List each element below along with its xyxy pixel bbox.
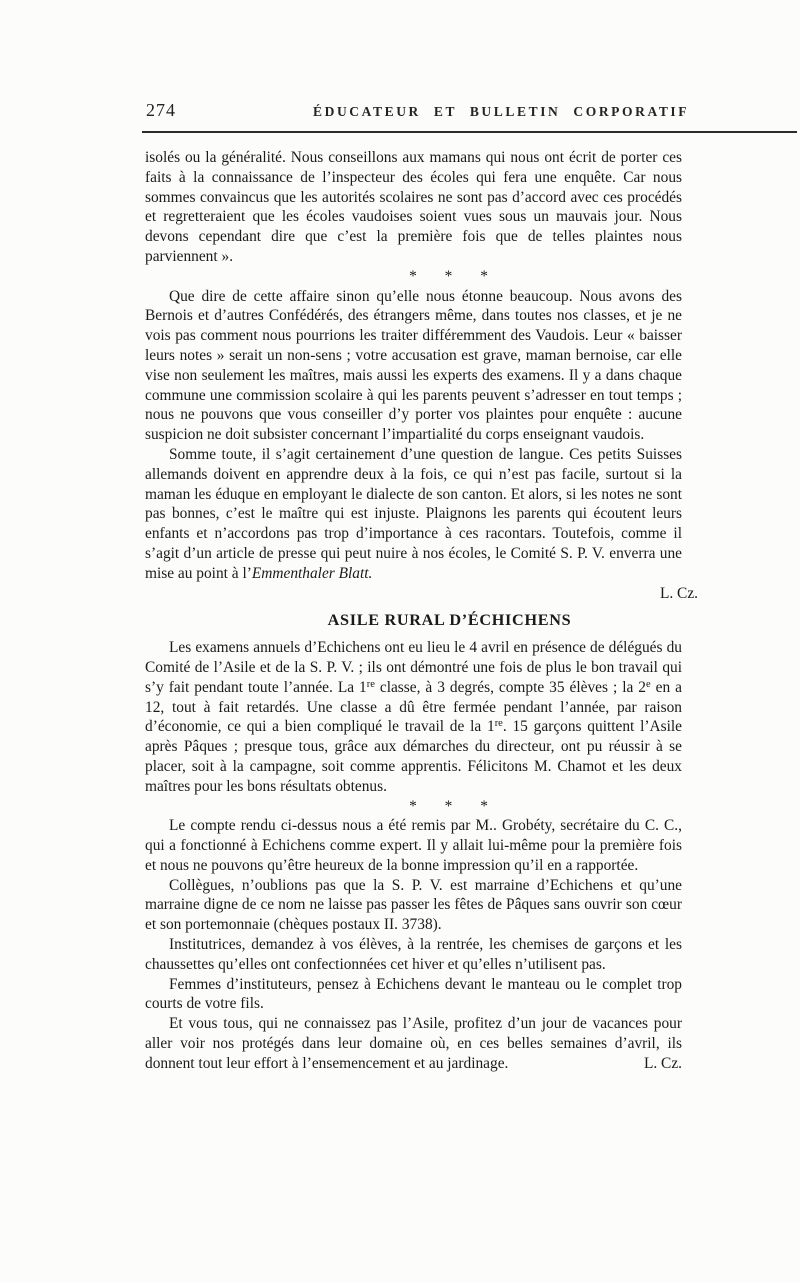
section-heading-asile: ASILE RURAL D’ÉCHICHENS <box>145 611 682 631</box>
header-rule <box>142 131 797 133</box>
section-separator-stars: * * * <box>145 797 682 817</box>
journal-name-italic: Emmenthaler Blatt. <box>252 565 373 582</box>
paragraph-femmes: Femmes d’instituteurs, pensez à Echichen… <box>145 975 682 1015</box>
paragraph-language-question: Somme toute, il s’agit certainement d’un… <box>145 445 682 584</box>
paragraph-compte-rendu: Le compte rendu ci-dessus nous a été rem… <box>145 816 682 875</box>
superscript-ordinal: re <box>367 679 375 690</box>
superscript-ordinal: re <box>495 718 503 729</box>
paragraph-collegues: Collègues, n’oublions pas que la S. P. V… <box>145 876 682 935</box>
page-body: isolés ou la généralité. Nous conseillon… <box>145 148 682 1074</box>
journal-title: ÉDUCATEUR ET BULLETIN CORPORATIF <box>313 104 689 120</box>
signature-line: L. Cz. <box>145 584 698 604</box>
paragraph-echichens-exams: Les examens annuels d’Echichens ont eu l… <box>145 638 682 796</box>
scanned-page: 274 ÉDUCATEUR ET BULLETIN CORPORATIF iso… <box>0 0 800 1282</box>
paragraph-institutrices: Institutrices, demandez à vos élèves, à … <box>145 935 682 975</box>
paragraph-text: Somme toute, il s’agit certainement d’un… <box>145 446 682 582</box>
paragraph-text: Et vous tous, qui ne connaissez pas l’As… <box>145 1015 682 1072</box>
paragraph-reply: Que dire de cette affaire sinon qu’elle … <box>145 287 682 445</box>
paragraph-continuation: isolés ou la généralité. Nous conseillon… <box>145 148 682 267</box>
paragraph-text: classe, à 3 degrés, compte 35 élèves ; l… <box>375 679 646 696</box>
page-header: 274 ÉDUCATEUR ET BULLETIN CORPORATIF <box>145 100 682 126</box>
signature-inline: L. Cz. <box>644 1054 682 1074</box>
paragraph-et-vous-tous: Et vous tous, qui ne connaissez pas l’As… <box>145 1014 682 1073</box>
page-number: 274 <box>146 100 176 121</box>
section-separator-stars: * * * <box>145 267 682 287</box>
